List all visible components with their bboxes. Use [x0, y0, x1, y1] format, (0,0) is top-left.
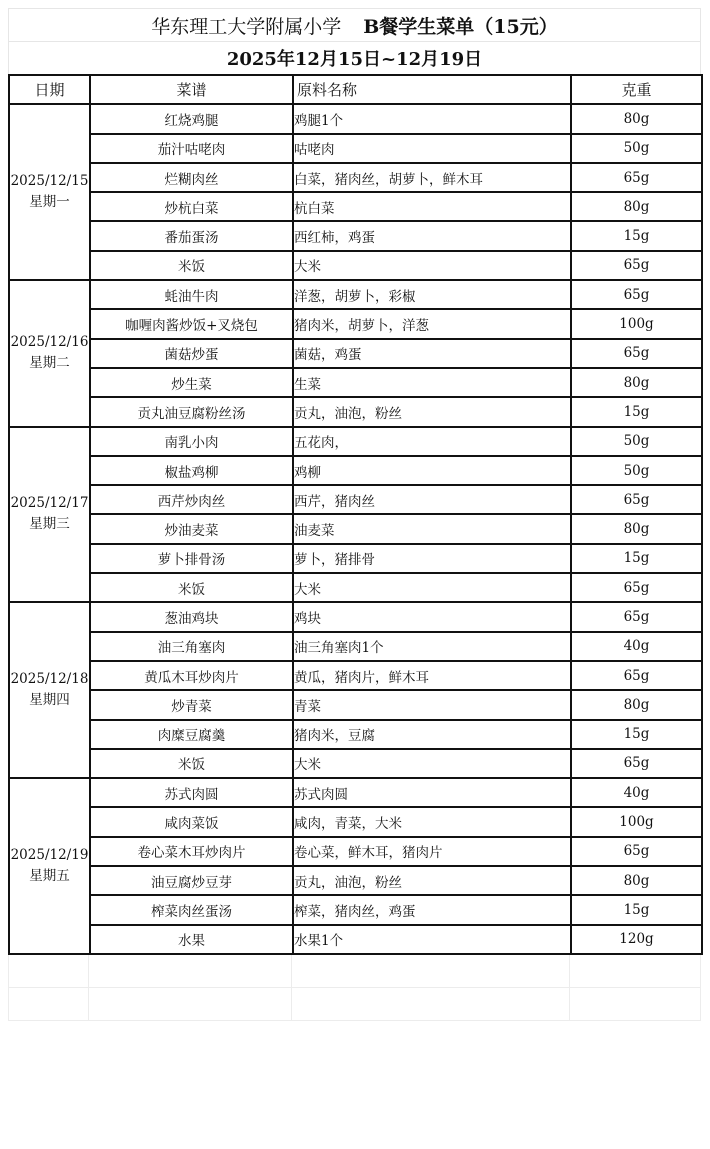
ingredients-cell: 贡丸，油泡，粉丝 — [293, 397, 571, 426]
empty-row — [8, 988, 701, 1021]
menu-row: 贡丸油豆腐粉丝汤贡丸，油泡，粉丝15g — [9, 397, 702, 426]
weight-cell: 65g — [571, 339, 702, 368]
date-cell: 2025/12/15星期一 — [9, 104, 90, 280]
dish-cell: 肉糜豆腐羹 — [90, 720, 293, 749]
menu-row: 水果水果1个120g — [9, 925, 702, 954]
empty-cell — [292, 955, 570, 988]
ingredients-cell: 榨菜，猪肉丝，鸡蛋 — [293, 895, 571, 924]
header-weight: 克重 — [571, 75, 702, 104]
empty-cell — [8, 988, 89, 1021]
dish-cell: 蚝油牛肉 — [90, 280, 293, 309]
date-cell: 2025/12/16星期二 — [9, 280, 90, 426]
header-row: 日期 菜谱 原料名称 克重 — [9, 75, 702, 104]
dish-cell: 萝卜排骨汤 — [90, 544, 293, 573]
menu-row: 椒盐鸡柳鸡柳50g — [9, 456, 702, 485]
menu-row: 咸肉菜饭咸肉，青菜，大米100g — [9, 807, 702, 836]
empty-cell — [570, 988, 701, 1021]
weight-cell: 65g — [571, 485, 702, 514]
menu-row: 菌菇炒蛋菌菇，鸡蛋65g — [9, 339, 702, 368]
weight-cell: 50g — [571, 134, 702, 163]
menu-row: 番茄蛋汤西红柿，鸡蛋15g — [9, 221, 702, 250]
menu-row: 油三角塞肉油三角塞肉1个40g — [9, 632, 702, 661]
empty-cell — [89, 988, 292, 1021]
weight-cell: 65g — [571, 573, 702, 602]
dish-cell: 苏式肉圆 — [90, 778, 293, 807]
weight-cell: 100g — [571, 807, 702, 836]
weight-cell: 65g — [571, 837, 702, 866]
empty-cell — [570, 955, 701, 988]
ingredients-cell: 西红柿，鸡蛋 — [293, 221, 571, 250]
date-value: 2025/12/16 — [10, 332, 89, 353]
dish-cell: 卷心菜木耳炒肉片 — [90, 837, 293, 866]
ingredients-cell: 五花肉， — [293, 427, 571, 456]
empty-cell — [292, 988, 570, 1021]
weight-cell: 40g — [571, 632, 702, 661]
dish-cell: 贡丸油豆腐粉丝汤 — [90, 397, 293, 426]
ingredients-cell: 西芹，猪肉丝 — [293, 485, 571, 514]
date-value: 2025/12/18 — [10, 669, 89, 690]
dish-cell: 水果 — [90, 925, 293, 954]
header-date: 日期 — [9, 75, 90, 104]
menu-body: 2025/12/15星期一红烧鸡腿鸡腿1个80g茄汁咕咾肉咕咾肉50g烂糊肉丝白… — [9, 104, 702, 954]
dish-cell: 咸肉菜饭 — [90, 807, 293, 836]
weight-cell: 65g — [571, 602, 702, 631]
menu-table: 日期 菜谱 原料名称 克重 2025/12/15星期一红烧鸡腿鸡腿1个80g茄汁… — [8, 74, 703, 955]
menu-row: 2025/12/15星期一红烧鸡腿鸡腿1个80g — [9, 104, 702, 133]
weight-cell: 15g — [571, 397, 702, 426]
weight-cell: 120g — [571, 925, 702, 954]
weight-cell: 50g — [571, 456, 702, 485]
weight-cell: 80g — [571, 514, 702, 543]
title-row: 华东理工大学附属小学 B餐学生菜单（15元） — [8, 8, 701, 41]
dish-cell: 油豆腐炒豆芽 — [90, 866, 293, 895]
menu-row: 炒青菜青菜80g — [9, 690, 702, 719]
dish-cell: 红烧鸡腿 — [90, 104, 293, 133]
weekday-value: 星期一 — [10, 192, 89, 213]
ingredients-cell: 生菜 — [293, 368, 571, 397]
date-value: 2025/12/17 — [10, 493, 89, 514]
weight-cell: 80g — [571, 104, 702, 133]
weekday-value: 星期二 — [10, 353, 89, 374]
weight-cell: 65g — [571, 749, 702, 778]
ingredients-cell: 油三角塞肉1个 — [293, 632, 571, 661]
dish-cell: 炒青菜 — [90, 690, 293, 719]
dish-cell: 炒杭白菜 — [90, 192, 293, 221]
menu-row: 肉糜豆腐羹猪肉米，豆腐15g — [9, 720, 702, 749]
empty-cell — [89, 955, 292, 988]
date-value: 2025/12/15 — [10, 171, 89, 192]
menu-row: 炒生菜生菜80g — [9, 368, 702, 397]
weight-cell: 15g — [571, 544, 702, 573]
menu-row: 米饭大米65g — [9, 251, 702, 280]
menu-row: 咖喱肉酱炒饭+叉烧包猪肉米，胡萝卜，洋葱100g — [9, 309, 702, 338]
date-range-row: 2025年12月15日~12月19日 — [8, 41, 701, 74]
weekday-value: 星期五 — [10, 866, 89, 887]
menu-name: B餐学生菜单（15元） — [363, 12, 558, 39]
ingredients-cell: 卷心菜，鲜木耳，猪肉片 — [293, 837, 571, 866]
weight-cell: 65g — [571, 251, 702, 280]
dish-cell: 番茄蛋汤 — [90, 221, 293, 250]
ingredients-cell: 贡丸，油泡，粉丝 — [293, 866, 571, 895]
ingredients-cell: 黄瓜，猪肉片，鲜木耳 — [293, 661, 571, 690]
menu-row: 西芹炒肉丝西芹，猪肉丝65g — [9, 485, 702, 514]
ingredients-cell: 青菜 — [293, 690, 571, 719]
ingredients-cell: 水果1个 — [293, 925, 571, 954]
dish-cell: 茄汁咕咾肉 — [90, 134, 293, 163]
weight-cell: 80g — [571, 192, 702, 221]
ingredients-cell: 猪肉米，豆腐 — [293, 720, 571, 749]
menu-row: 2025/12/16星期二蚝油牛肉洋葱，胡萝卜，彩椒65g — [9, 280, 702, 309]
weekday-value: 星期三 — [10, 514, 89, 535]
dish-cell: 黄瓜木耳炒肉片 — [90, 661, 293, 690]
weight-cell: 65g — [571, 280, 702, 309]
menu-row: 油豆腐炒豆芽贡丸，油泡，粉丝80g — [9, 866, 702, 895]
ingredients-cell: 苏式肉圆 — [293, 778, 571, 807]
ingredients-cell: 杭白菜 — [293, 192, 571, 221]
weight-cell: 40g — [571, 778, 702, 807]
dish-cell: 米饭 — [90, 251, 293, 280]
dish-cell: 米饭 — [90, 573, 293, 602]
ingredients-cell: 菌菇，鸡蛋 — [293, 339, 571, 368]
dish-cell: 油三角塞肉 — [90, 632, 293, 661]
dish-cell: 炒油麦菜 — [90, 514, 293, 543]
empty-row — [8, 955, 701, 988]
dish-cell: 炒生菜 — [90, 368, 293, 397]
weekday-value: 星期四 — [10, 690, 89, 711]
dish-cell: 西芹炒肉丝 — [90, 485, 293, 514]
header-dish: 菜谱 — [90, 75, 293, 104]
weight-cell: 15g — [571, 221, 702, 250]
ingredients-cell: 鸡块 — [293, 602, 571, 631]
ingredients-cell: 萝卜，猪排骨 — [293, 544, 571, 573]
menu-row: 炒油麦菜油麦菜80g — [9, 514, 702, 543]
menu-row: 2025/12/18星期四葱油鸡块鸡块65g — [9, 602, 702, 631]
dish-cell: 榨菜肉丝蛋汤 — [90, 895, 293, 924]
menu-row: 卷心菜木耳炒肉片卷心菜，鲜木耳，猪肉片65g — [9, 837, 702, 866]
dish-cell: 椒盐鸡柳 — [90, 456, 293, 485]
dish-cell: 葱油鸡块 — [90, 602, 293, 631]
ingredients-cell: 猪肉米，胡萝卜，洋葱 — [293, 309, 571, 338]
weight-cell: 65g — [571, 163, 702, 192]
ingredients-cell: 大米 — [293, 251, 571, 280]
menu-row: 米饭大米65g — [9, 573, 702, 602]
weight-cell: 80g — [571, 690, 702, 719]
weight-cell: 50g — [571, 427, 702, 456]
header-ingredients: 原料名称 — [293, 75, 571, 104]
ingredients-cell: 咸肉，青菜，大米 — [293, 807, 571, 836]
dish-cell: 咖喱肉酱炒饭+叉烧包 — [90, 309, 293, 338]
date-range: 2025年12月15日~12月19日 — [227, 45, 482, 71]
dish-cell: 南乳小肉 — [90, 427, 293, 456]
ingredients-cell: 洋葱，胡萝卜，彩椒 — [293, 280, 571, 309]
weight-cell: 65g — [571, 661, 702, 690]
menu-row: 米饭大米65g — [9, 749, 702, 778]
date-cell: 2025/12/17星期三 — [9, 427, 90, 603]
weight-cell: 80g — [571, 368, 702, 397]
menu-sheet: 华东理工大学附属小学 B餐学生菜单（15元） 2025年12月15日~12月19… — [8, 8, 701, 1021]
dish-cell: 菌菇炒蛋 — [90, 339, 293, 368]
weight-cell: 15g — [571, 720, 702, 749]
ingredients-cell: 大米 — [293, 573, 571, 602]
date-cell: 2025/12/19星期五 — [9, 778, 90, 954]
ingredients-cell: 鸡腿1个 — [293, 104, 571, 133]
menu-row: 黄瓜木耳炒肉片黄瓜，猪肉片，鲜木耳65g — [9, 661, 702, 690]
ingredients-cell: 白菜，猪肉丝，胡萝卜，鲜木耳 — [293, 163, 571, 192]
school-name: 华东理工大学附属小学 — [151, 12, 341, 39]
weight-cell: 80g — [571, 866, 702, 895]
menu-row: 炒杭白菜杭白菜80g — [9, 192, 702, 221]
menu-row: 萝卜排骨汤萝卜，猪排骨15g — [9, 544, 702, 573]
menu-row: 榨菜肉丝蛋汤榨菜，猪肉丝，鸡蛋15g — [9, 895, 702, 924]
menu-row: 烂糊肉丝白菜，猪肉丝，胡萝卜，鲜木耳65g — [9, 163, 702, 192]
dish-cell: 烂糊肉丝 — [90, 163, 293, 192]
weight-cell: 100g — [571, 309, 702, 338]
empty-cell — [8, 955, 89, 988]
ingredients-cell: 大米 — [293, 749, 571, 778]
ingredients-cell: 鸡柳 — [293, 456, 571, 485]
dish-cell: 米饭 — [90, 749, 293, 778]
menu-row: 2025/12/19星期五苏式肉圆苏式肉圆40g — [9, 778, 702, 807]
weight-cell: 15g — [571, 895, 702, 924]
ingredients-cell: 油麦菜 — [293, 514, 571, 543]
menu-row: 2025/12/17星期三南乳小肉五花肉，50g — [9, 427, 702, 456]
date-value: 2025/12/19 — [10, 845, 89, 866]
menu-row: 茄汁咕咾肉咕咾肉50g — [9, 134, 702, 163]
ingredients-cell: 咕咾肉 — [293, 134, 571, 163]
date-cell: 2025/12/18星期四 — [9, 602, 90, 778]
